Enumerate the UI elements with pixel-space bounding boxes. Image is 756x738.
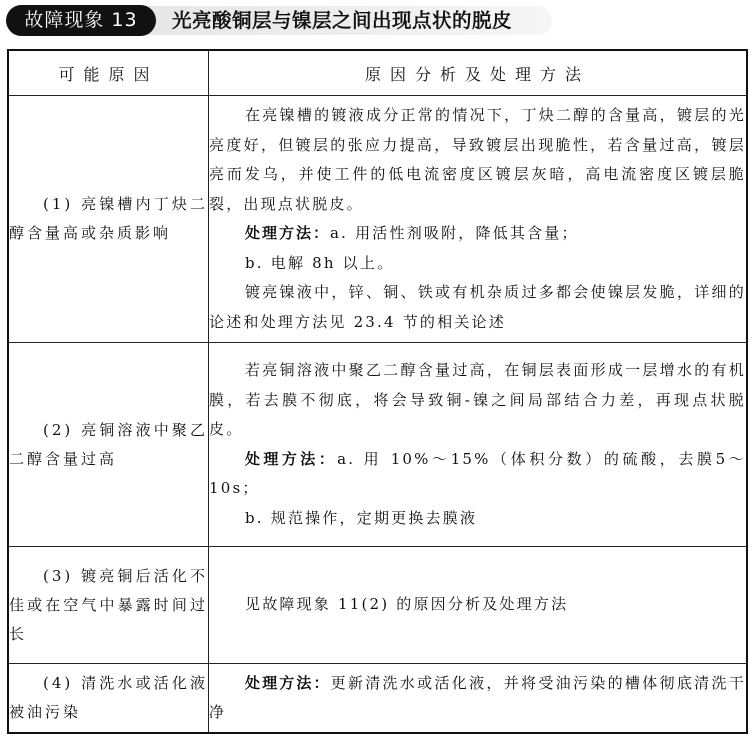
cause-cell: (4) 清洗水或活化液被油污染 <box>8 664 209 734</box>
fault-title: 光亮酸铜层与镍层之间出现点状的脱皮 <box>172 5 512 36</box>
cause-text: (4) 清洗水或活化液被油污染 <box>9 674 208 721</box>
analysis-cell: 若亮铜溶液中聚乙二醇含量过高，在铜层表面形成一层增水的有机膜，若去膜不彻底，将会… <box>209 343 748 547</box>
analysis-paragraph: 在亮镍槽的镀液成分正常的情况下，丁炔二醇的含量高，镀层的光亮度好，但镀层的张应力… <box>209 101 746 219</box>
table-row: (4) 清洗水或活化液被油污染 处理方法：更新清洗水或活化液，并将受油污染的槽体… <box>8 664 747 734</box>
table-header-row: 可能原因 原因分析及处理方法 <box>8 50 747 96</box>
cause-cell: (3) 镀亮铜后活化不佳或在空气中暴露时间过长 <box>8 547 209 664</box>
treatment-label: 处理方法： <box>245 450 337 468</box>
treatment-method: 处理方法：更新清洗水或活化液，并将受油污染的槽体彻底清洗干净 <box>209 669 746 728</box>
cause-cell: (1) 亮镍槽内丁炔二醇含量高或杂质影响 <box>8 96 209 343</box>
fault-number-badge: 故障现象 13 <box>6 5 156 36</box>
cause-text: (1) 亮镍槽内丁炔二醇含量高或杂质影响 <box>9 195 208 242</box>
column-header-analysis: 原因分析及处理方法 <box>209 50 748 96</box>
analysis-cell: 在亮镍槽的镀液成分正常的情况下，丁炔二醇的含量高，镀层的光亮度好，但镀层的张应力… <box>209 96 748 343</box>
column-header-cause: 可能原因 <box>8 50 209 96</box>
section-header: 故障现象 13 光亮酸铜层与镍层之间出现点状的脱皮 <box>0 4 756 36</box>
analysis-cell: 处理方法：更新清洗水或活化液，并将受油污染的槽体彻底清洗干净 <box>209 664 748 734</box>
fault-table: 可能原因 原因分析及处理方法 (1) 亮镍槽内丁炔二醇含量高或杂质影响 在亮镍槽… <box>7 49 748 734</box>
table-row: (2) 亮铜溶液中聚乙二醇含量过高 若亮铜溶液中聚乙二醇含量过高，在铜层表面形成… <box>8 343 747 547</box>
treatment-label: 处理方法： <box>245 674 331 692</box>
treatment-step-b: b. 规范操作，定期更换去膜液 <box>209 504 746 534</box>
table-row: (3) 镀亮铜后活化不佳或在空气中暴露时间过长 见故障现象 11(2) 的原因分… <box>8 547 747 664</box>
analysis-cell: 见故障现象 11(2) 的原因分析及处理方法 <box>209 547 748 664</box>
treatment-label: 处理方法： <box>245 224 330 242</box>
treatment-method: 处理方法：a. 用 10%～15%（体积分数）的硫酸，去膜5～10s； <box>209 445 746 504</box>
cause-text: (2) 亮铜溶液中聚乙二醇含量过高 <box>9 421 208 468</box>
cause-text: (3) 镀亮铜后活化不佳或在空气中暴露时间过长 <box>9 567 208 643</box>
analysis-paragraph: 若亮铜溶液中聚乙二醇含量过高，在铜层表面形成一层增水的有机膜，若去膜不彻底，将会… <box>209 356 746 445</box>
analysis-paragraph: 镀亮镍液中，锌、铜、铁或有机杂质过多都会使镍层发脆，详细的论述和处理方法见 23… <box>209 278 746 337</box>
treatment-step-a: a. 用活性剂吸附，降低其含量； <box>330 224 579 242</box>
treatment-step-b: b. 电解 8h 以上。 <box>209 249 746 279</box>
table-row: (1) 亮镍槽内丁炔二醇含量高或杂质影响 在亮镍槽的镀液成分正常的情况下，丁炔二… <box>8 96 747 343</box>
treatment-method: 处理方法：a. 用活性剂吸附，降低其含量； <box>209 219 746 249</box>
cross-reference: 见故障现象 11(2) 的原因分析及处理方法 <box>209 590 746 620</box>
cause-cell: (2) 亮铜溶液中聚乙二醇含量过高 <box>8 343 209 547</box>
